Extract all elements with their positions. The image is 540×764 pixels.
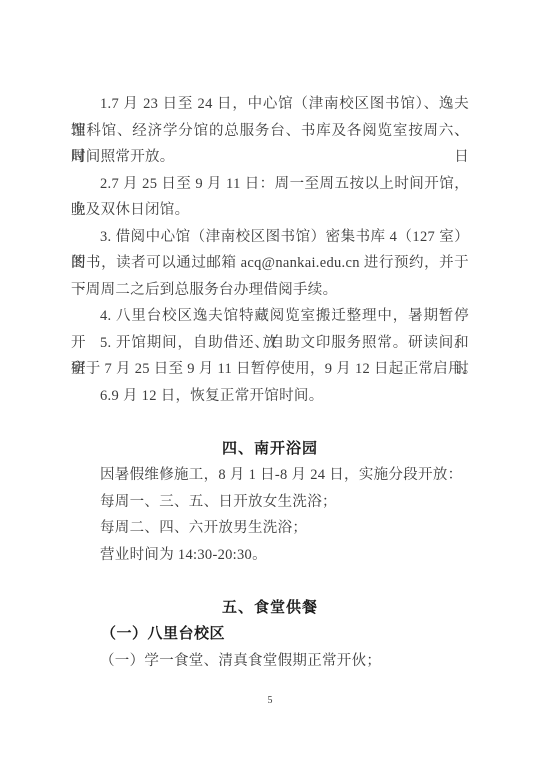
body-text-line: 1.7 月 23 日至 24 日，中心馆（津南校区图书馆）、逸夫馆、: [71, 91, 469, 118]
body-text-line: 4. 八里台校区逸夫馆特藏阅览室搬迁整理中，暑期暂停开放。: [71, 303, 469, 330]
document-page: 1.7 月 23 日至 24 日，中心馆（津南校区图书馆）、逸夫馆、 理科馆、经…: [0, 0, 540, 764]
body-text-line: （一）学一食堂、清真食堂假期正常开伙；: [71, 648, 469, 675]
section-heading-canteen: 五、食堂供餐: [71, 595, 469, 622]
body-text-line: 因暑假维修施工，8 月 1 日-8 月 24 日，实施分段开放：: [71, 462, 469, 489]
page-number: 5: [0, 695, 540, 706]
body-text-line: 营业时间为 14:30-20:30。: [71, 542, 469, 569]
body-text-line: 每周二、四、六开放男生洗浴；: [71, 515, 469, 542]
section-heading-nankai-bathhouse: 四、南开浴园: [71, 436, 469, 463]
body-text-line: 2.7 月 25 日至 9 月 11 日：周一至周五按以上时间开馆，晚: [71, 171, 469, 198]
document-content: 1.7 月 23 日至 24 日，中心馆（津南校区图书馆）、逸夫馆、 理科馆、经…: [71, 91, 469, 674]
body-text-line: 5. 开馆期间，自助借还、自助文印服务照常。研读间和研讨: [71, 330, 469, 357]
body-text-line: 理科馆、经济学分馆的总服务台、书库及各阅览室按周六、周日: [71, 118, 469, 145]
body-text-line: 上及双休日闭馆。: [71, 197, 469, 224]
body-text-line: 6.9 月 12 日，恢复正常开馆时间。: [71, 383, 469, 410]
body-text-line: 3. 借阅中心馆（津南校区图书馆）密集书库 4（127 室）的: [71, 224, 469, 251]
subsection-heading-balitai-campus: （一）八里台校区: [71, 621, 469, 648]
body-text-line: 图书，读者可以通过邮箱 acq@nankai.edu.cn 进行预约，并于下: [71, 250, 469, 277]
body-text-line: 每周一、三、五、日开放女生洗浴；: [71, 489, 469, 516]
body-text-line: 室于 7 月 25 日至 9 月 11 日暂停使用，9 月 12 日起正常启用。: [71, 356, 469, 383]
body-text-line: 一周周二之后到总服务台办理借阅手续。: [71, 277, 469, 304]
